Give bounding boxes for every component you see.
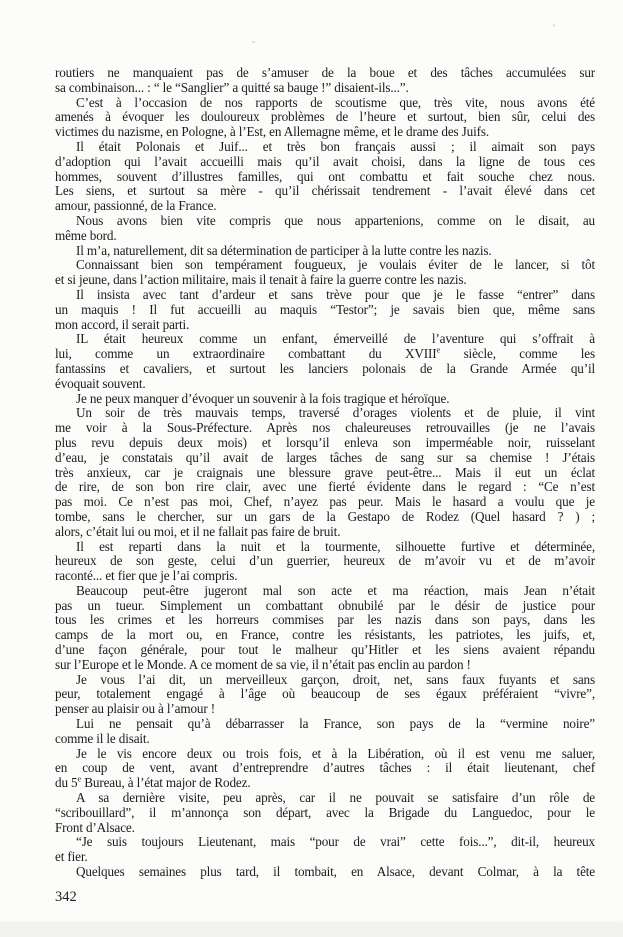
text-line: hommes, souvent d’illustres familles, qu… xyxy=(55,170,595,185)
text-line: sa combinaison... : “ le “Sanglier” a qu… xyxy=(55,81,595,96)
paragraph: Nous avons bien vite compris que nous ap… xyxy=(55,214,595,244)
paragraph: C’est à l’occasion de nos rapports de sc… xyxy=(55,96,595,140)
text-line: routiers ne manquaient pas de s’amuser d… xyxy=(55,66,595,81)
text-line: IL était heureux comme un enfant, émerve… xyxy=(55,332,595,347)
text-line: sur l’Europe et le Monde. A ce moment de… xyxy=(55,658,595,673)
paragraph: Lui ne pensait qu’à débarrasser la Franc… xyxy=(55,717,595,747)
text-line: amour, passionné, de la France. xyxy=(55,199,595,214)
text-line: “Je suis toujours Lieutenant, mais “pour… xyxy=(55,835,595,850)
text-line: Nous avons bien vite compris que nous ap… xyxy=(55,214,595,229)
text-line: tous les crimes et les horreurs commises… xyxy=(55,613,595,628)
text-line: peur, totalement engagé à l’âge où beauc… xyxy=(55,687,595,702)
text-line: du 5e Bureau, à l’état major de Rodez. xyxy=(55,776,595,791)
text-line: Il est reparti dans la nuit et la tourme… xyxy=(55,540,595,555)
text-line: me voir à la Sous-Préfecture. Après nos … xyxy=(55,421,595,436)
text-line: “scribouillard”, il m’annonça son départ… xyxy=(55,806,595,821)
text-line: et si jeune, dans l’action militaire, ma… xyxy=(55,273,595,288)
paragraph: Il insista avec tant d’ardeur et sans tr… xyxy=(55,288,595,332)
text-line: fantassins et cavaliers, et surtout les … xyxy=(55,362,595,377)
paragraph: Connaissant bien son tempérament fougueu… xyxy=(55,258,595,288)
paragraph: Quelques semaines plus tard, il tombait,… xyxy=(55,865,595,880)
paragraph: Je vous l’ai dit, un merveilleux garçon,… xyxy=(55,673,595,717)
text-line: Lui ne pensait qu’à débarrasser la Franc… xyxy=(55,717,595,732)
text-line: Il m’a, naturellement, dit sa déterminat… xyxy=(55,244,595,259)
text-line: pas moi. Ce n’est pas moi, Chef, n’ayez … xyxy=(55,495,595,510)
text-line: Un soir de très mauvais temps, traversé … xyxy=(55,406,595,421)
text-line: A sa dernière visite, peu après, car il … xyxy=(55,791,595,806)
page-text: routiers ne manquaient pas de s’amuser d… xyxy=(55,66,595,880)
text-line: Il insista avec tant d’ardeur et sans tr… xyxy=(55,288,595,303)
paragraph: routiers ne manquaient pas de s’amuser d… xyxy=(55,66,595,96)
text-line: pas un tueur. Simplement un combattant o… xyxy=(55,599,595,614)
scan-edge-shadow xyxy=(0,924,623,937)
text-line: d’une façon générale, pour tout le malhe… xyxy=(55,643,595,658)
text-line: un maquis ! Il fut accueilli au maquis “… xyxy=(55,303,595,318)
text-line: tombe, sans le chercher, sur un gars de … xyxy=(55,510,595,525)
text-line: Je ne peux manquer d’évoquer un souvenir… xyxy=(55,392,595,407)
text-line: très anxieux, car je craignais une bless… xyxy=(55,466,595,481)
book-page: routiers ne manquaient pas de s’amuser d… xyxy=(0,0,623,937)
paragraph: Il était Polonais et Juif... et très bon… xyxy=(55,140,595,214)
text-line: Beaucoup peut-être jugeront mal son acte… xyxy=(55,584,595,599)
text-line: alors, c’était lui ou moi, et il ne fall… xyxy=(55,525,595,540)
paragraph: IL était heureux comme un enfant, émerve… xyxy=(55,332,595,391)
text-line: de rire, de son bon rire clair, avec une… xyxy=(55,480,595,495)
text-line: amenés à évoquer les douloureux problème… xyxy=(55,110,595,125)
page-number: 342 xyxy=(55,889,77,906)
text-line: mon accord, il serait parti. xyxy=(55,318,595,333)
paragraph: Il est reparti dans la nuit et la tourme… xyxy=(55,540,595,584)
text-line: heureux de son geste, celui d’un guerrie… xyxy=(55,554,595,569)
paragraph: Un soir de très mauvais temps, traversé … xyxy=(55,406,595,539)
text-line: Je le vis encore deux ou trois fois, et … xyxy=(55,747,595,762)
scan-speck xyxy=(252,41,255,43)
text-line: plus revu depuis deux mois) et lorsqu’il… xyxy=(55,436,595,451)
text-line: penser au plaisir ou à l’amour ! xyxy=(55,702,595,717)
text-line: raconté... et fier que je l’ai compris. xyxy=(55,569,595,584)
paragraph: A sa dernière visite, peu après, car il … xyxy=(55,791,595,835)
text-line: C’est à l’occasion de nos rapports de sc… xyxy=(55,96,595,111)
text-line: Connaissant bien son tempérament fougueu… xyxy=(55,258,595,273)
text-line: évoquait souvent. xyxy=(55,377,595,392)
paragraph: Beaucoup peut-être jugeront mal son acte… xyxy=(55,584,595,673)
paragraph: “Je suis toujours Lieutenant, mais “pour… xyxy=(55,835,595,865)
text-line: comme il le disait. xyxy=(55,732,595,747)
text-line: victimes du nazisme, en Pologne, à l’Est… xyxy=(55,125,595,140)
text-line: camps de la mort ou, en France, contre l… xyxy=(55,628,595,643)
text-line: d’eau, je constatais qu’il avait de larg… xyxy=(55,451,595,466)
text-line: Front d’Alsace. xyxy=(55,821,595,836)
text-line: lui, comme un extraordinaire combattant … xyxy=(55,347,595,362)
paragraph: Je le vis encore deux ou trois fois, et … xyxy=(55,747,595,791)
paragraph: Je ne peux manquer d’évoquer un souvenir… xyxy=(55,392,595,407)
text-line: et fier. xyxy=(55,850,595,865)
text-line: Les siens, et surtout sa mère - qu’il ch… xyxy=(55,184,595,199)
text-line: Quelques semaines plus tard, il tombait,… xyxy=(55,865,595,880)
scan-speck xyxy=(553,24,555,27)
text-line: même bord. xyxy=(55,229,595,244)
text-line: d’adoption qui l’avait accueilli mais qu… xyxy=(55,155,595,170)
paragraph: Il m’a, naturellement, dit sa déterminat… xyxy=(55,244,595,259)
text-line: Je vous l’ai dit, un merveilleux garçon,… xyxy=(55,673,595,688)
text-line: Il était Polonais et Juif... et très bon… xyxy=(55,140,595,155)
